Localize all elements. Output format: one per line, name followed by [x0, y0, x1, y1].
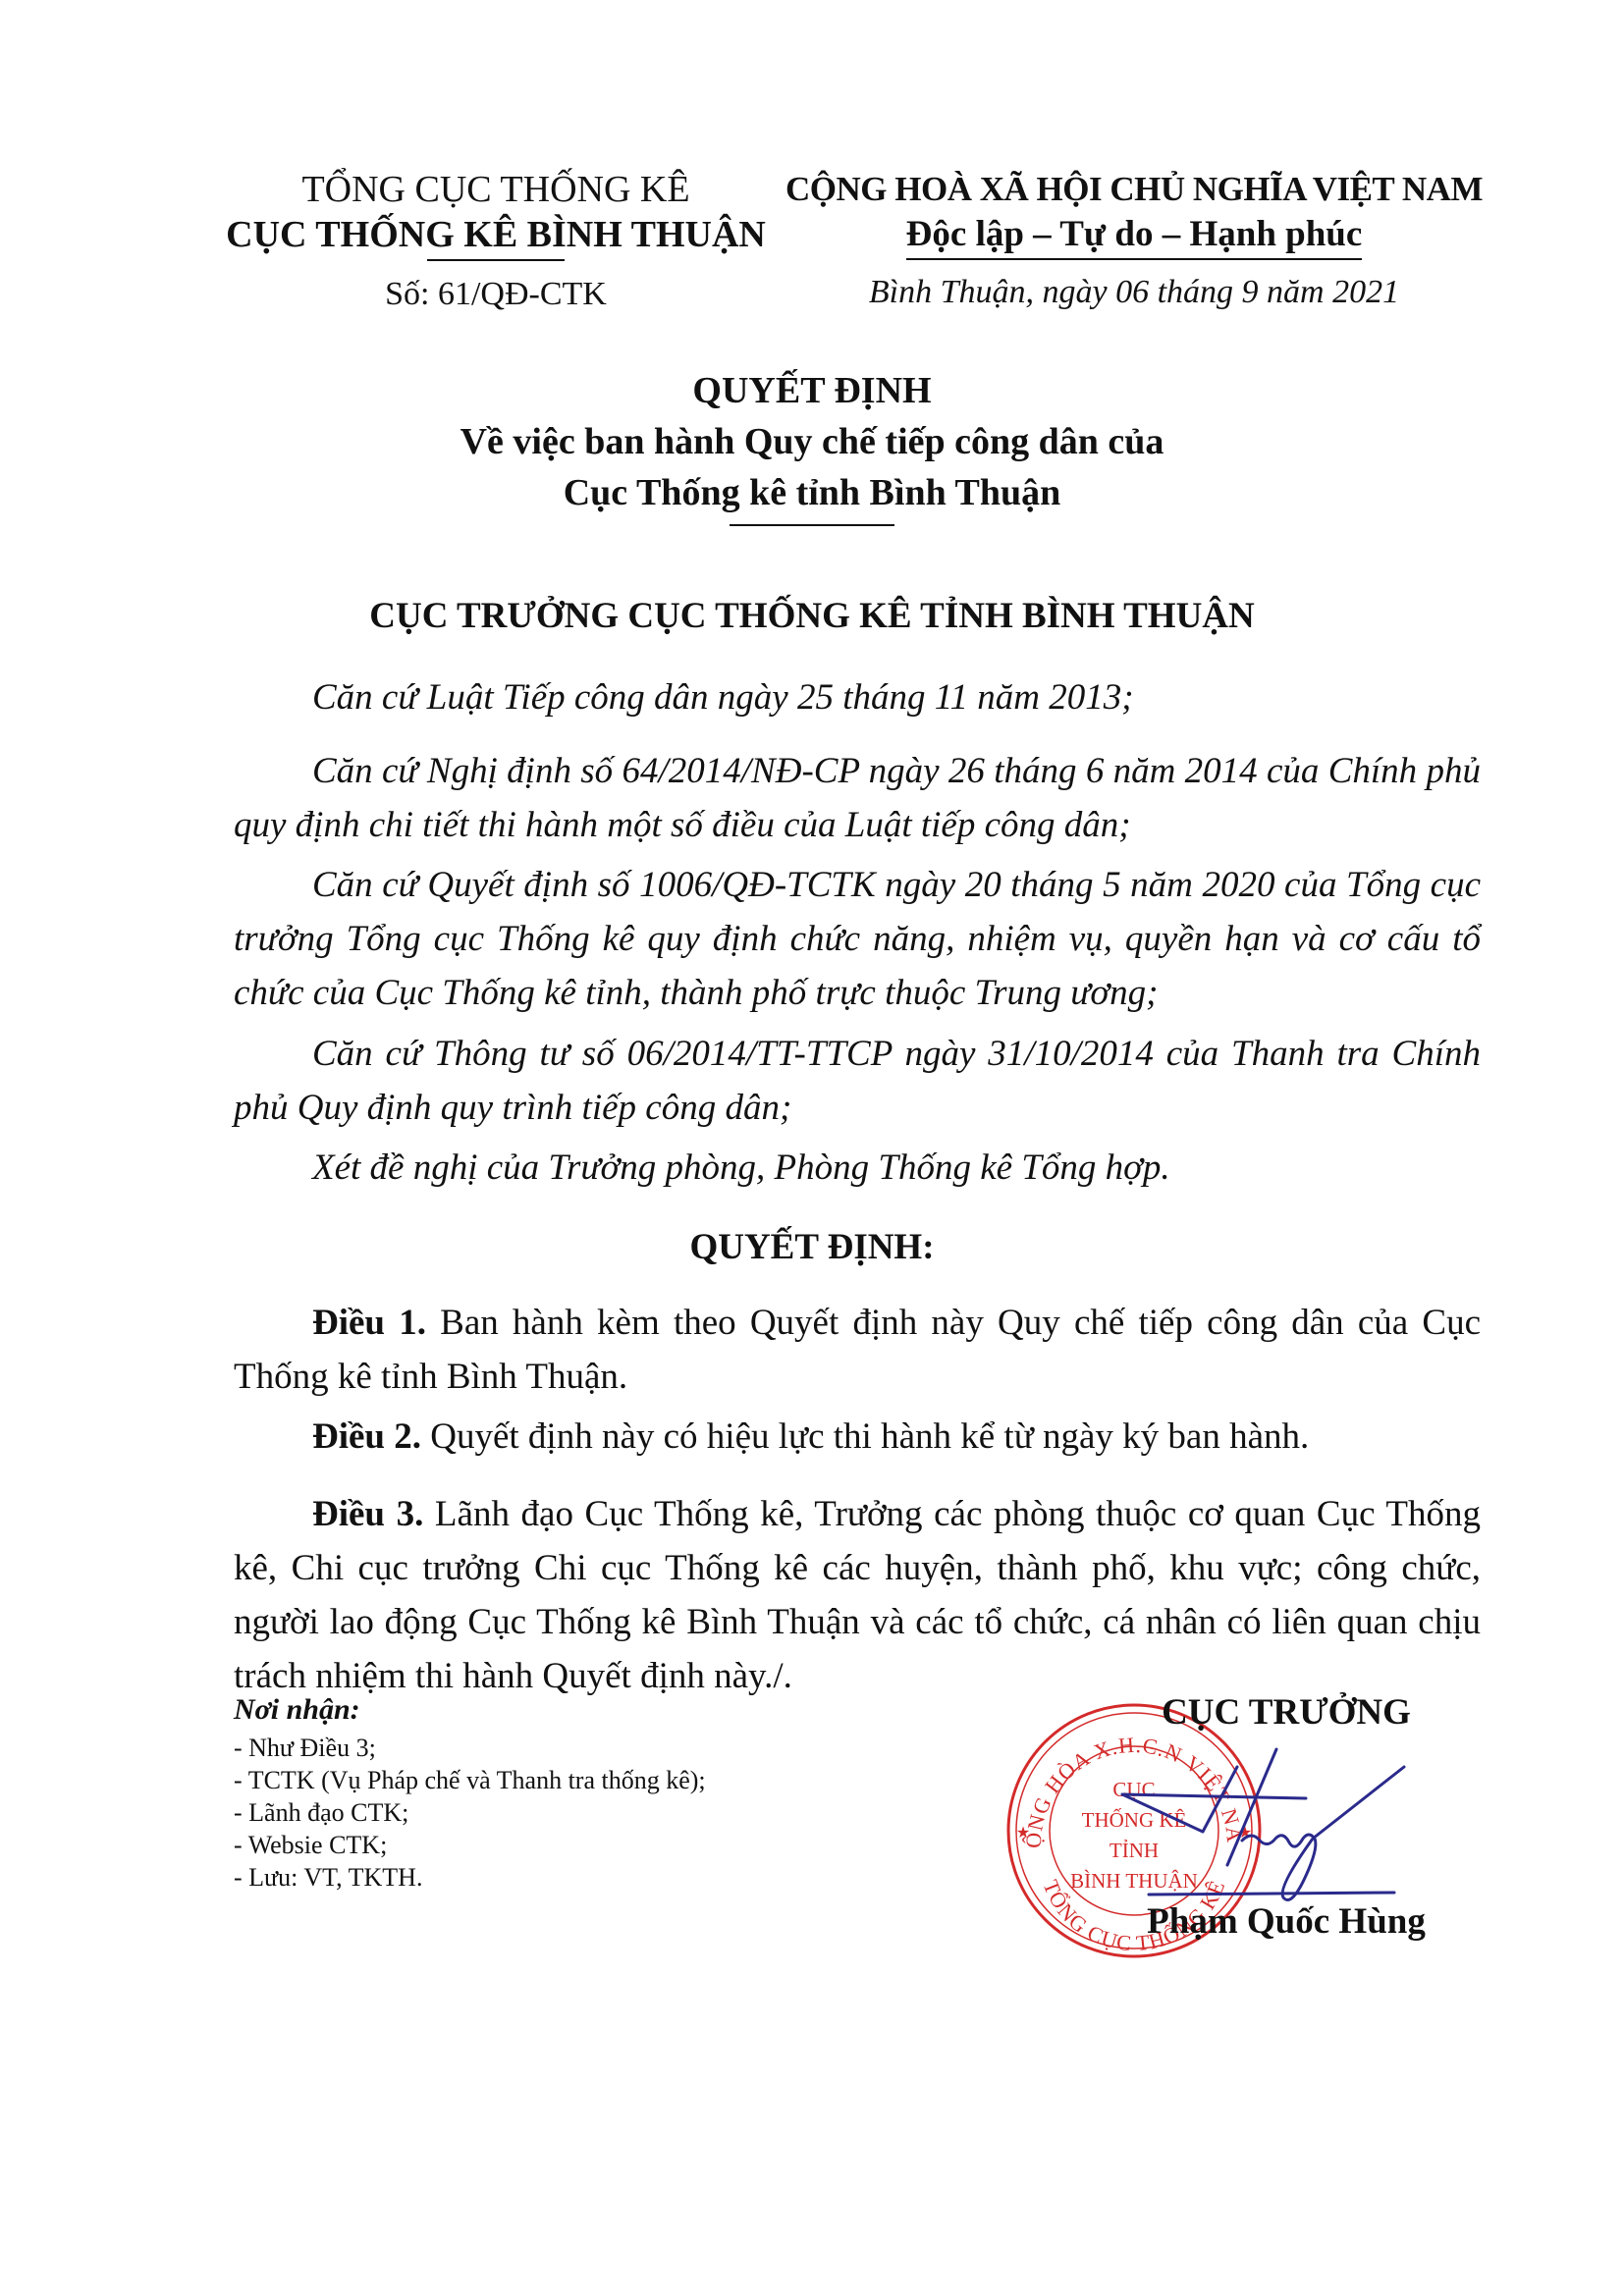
- article-label: Điều 2.: [312, 1416, 421, 1457]
- parent-agency: TỔNG CỤC THỐNG KÊ: [201, 167, 790, 212]
- divider: [730, 524, 894, 526]
- proposal-basis: Xét đề nghị của Trưởng phòng, Phòng Thốn…: [234, 1141, 1481, 1195]
- recipient-item: - Lãnh đạo CTK;: [234, 1796, 921, 1829]
- article-label: Điều 3.: [312, 1494, 423, 1534]
- recipient-item: - Websie CTK;: [234, 1829, 921, 1861]
- article-1: Điều 1. Ban hành kèm theo Quyết định này…: [234, 1296, 1481, 1404]
- divider: [427, 259, 565, 261]
- document-number: Số: 61/QĐ-CTK: [201, 273, 790, 316]
- document-type: QUYẾT ĐỊNH: [0, 365, 1624, 416]
- legal-basis: Căn cứ Quyết định số 1006/QĐ-TCTK ngày 2…: [234, 858, 1481, 1020]
- national-motto: Độc lập – Tự do – Hạnh phúc: [766, 212, 1502, 257]
- legal-basis: Căn cứ Nghị định số 64/2014/NĐ-CP ngày 2…: [234, 744, 1481, 852]
- document-subject-line-1: Về việc ban hành Quy chế tiếp công dân c…: [0, 416, 1624, 467]
- svg-text:★: ★: [1016, 1825, 1030, 1842]
- signer-title: CỤC TRƯỞNG: [982, 1690, 1473, 1735]
- recipients-block: Nơi nhận: - Như Điều 3; - TCTK (Vụ Pháp …: [234, 1690, 921, 1894]
- place-date: Bình Thuận, ngày 06 tháng 9 năm 2021: [766, 271, 1502, 314]
- issuing-authority: CỤC TRƯỞNG CỤC THỐNG KÊ TỈNH BÌNH THUẬN: [0, 592, 1624, 641]
- nation-name: CỘNG HOÀ XÃ HỘI CHỦ NGHĨA VIỆT NAM: [766, 167, 1502, 212]
- issuing-agency-block: TỔNG CỤC THỐNG KÊ CỤC THỐNG KÊ BÌNH THUẬ…: [201, 167, 790, 316]
- national-heading-block: CỘNG HOÀ XÃ HỘI CHỦ NGHĨA VIỆT NAM Độc l…: [766, 167, 1502, 314]
- recipient-item: - Lưu: VT, TKTH.: [234, 1861, 921, 1894]
- issuing-office: CỤC THỐNG KÊ BÌNH THUẬN: [201, 212, 790, 257]
- decision-heading: QUYẾT ĐỊNH:: [0, 1223, 1624, 1272]
- article-label: Điều 1.: [312, 1303, 426, 1343]
- document-subject-line-2: Cục Thống kê tỉnh Bình Thuận: [0, 467, 1624, 518]
- legal-basis: Căn cứ Thông tư số 06/2014/TT-TTCP ngày …: [234, 1027, 1481, 1135]
- article-3: Điều 3. Lãnh đạo Cục Thống kê, Trưởng cá…: [234, 1487, 1481, 1703]
- legal-basis: Căn cứ Luật Tiếp công dân ngày 25 tháng …: [234, 670, 1481, 724]
- recipient-item: - Như Điều 3;: [234, 1732, 921, 1764]
- article-text: Quyết định này có hiệu lực thi hành kể t…: [421, 1416, 1309, 1457]
- recipients-list: - Như Điều 3; - TCTK (Vụ Pháp chế và Tha…: [234, 1732, 921, 1894]
- document-title-block: QUYẾT ĐỊNH Về việc ban hành Quy chế tiếp…: [0, 365, 1624, 526]
- recipients-heading: Nơi nhận:: [234, 1690, 921, 1730]
- handwritten-signature-icon: [1110, 1747, 1434, 1914]
- article-2: Điều 2. Quyết định này có hiệu lực thi h…: [234, 1410, 1481, 1464]
- recipient-item: - TCTK (Vụ Pháp chế và Thanh tra thống k…: [234, 1764, 921, 1796]
